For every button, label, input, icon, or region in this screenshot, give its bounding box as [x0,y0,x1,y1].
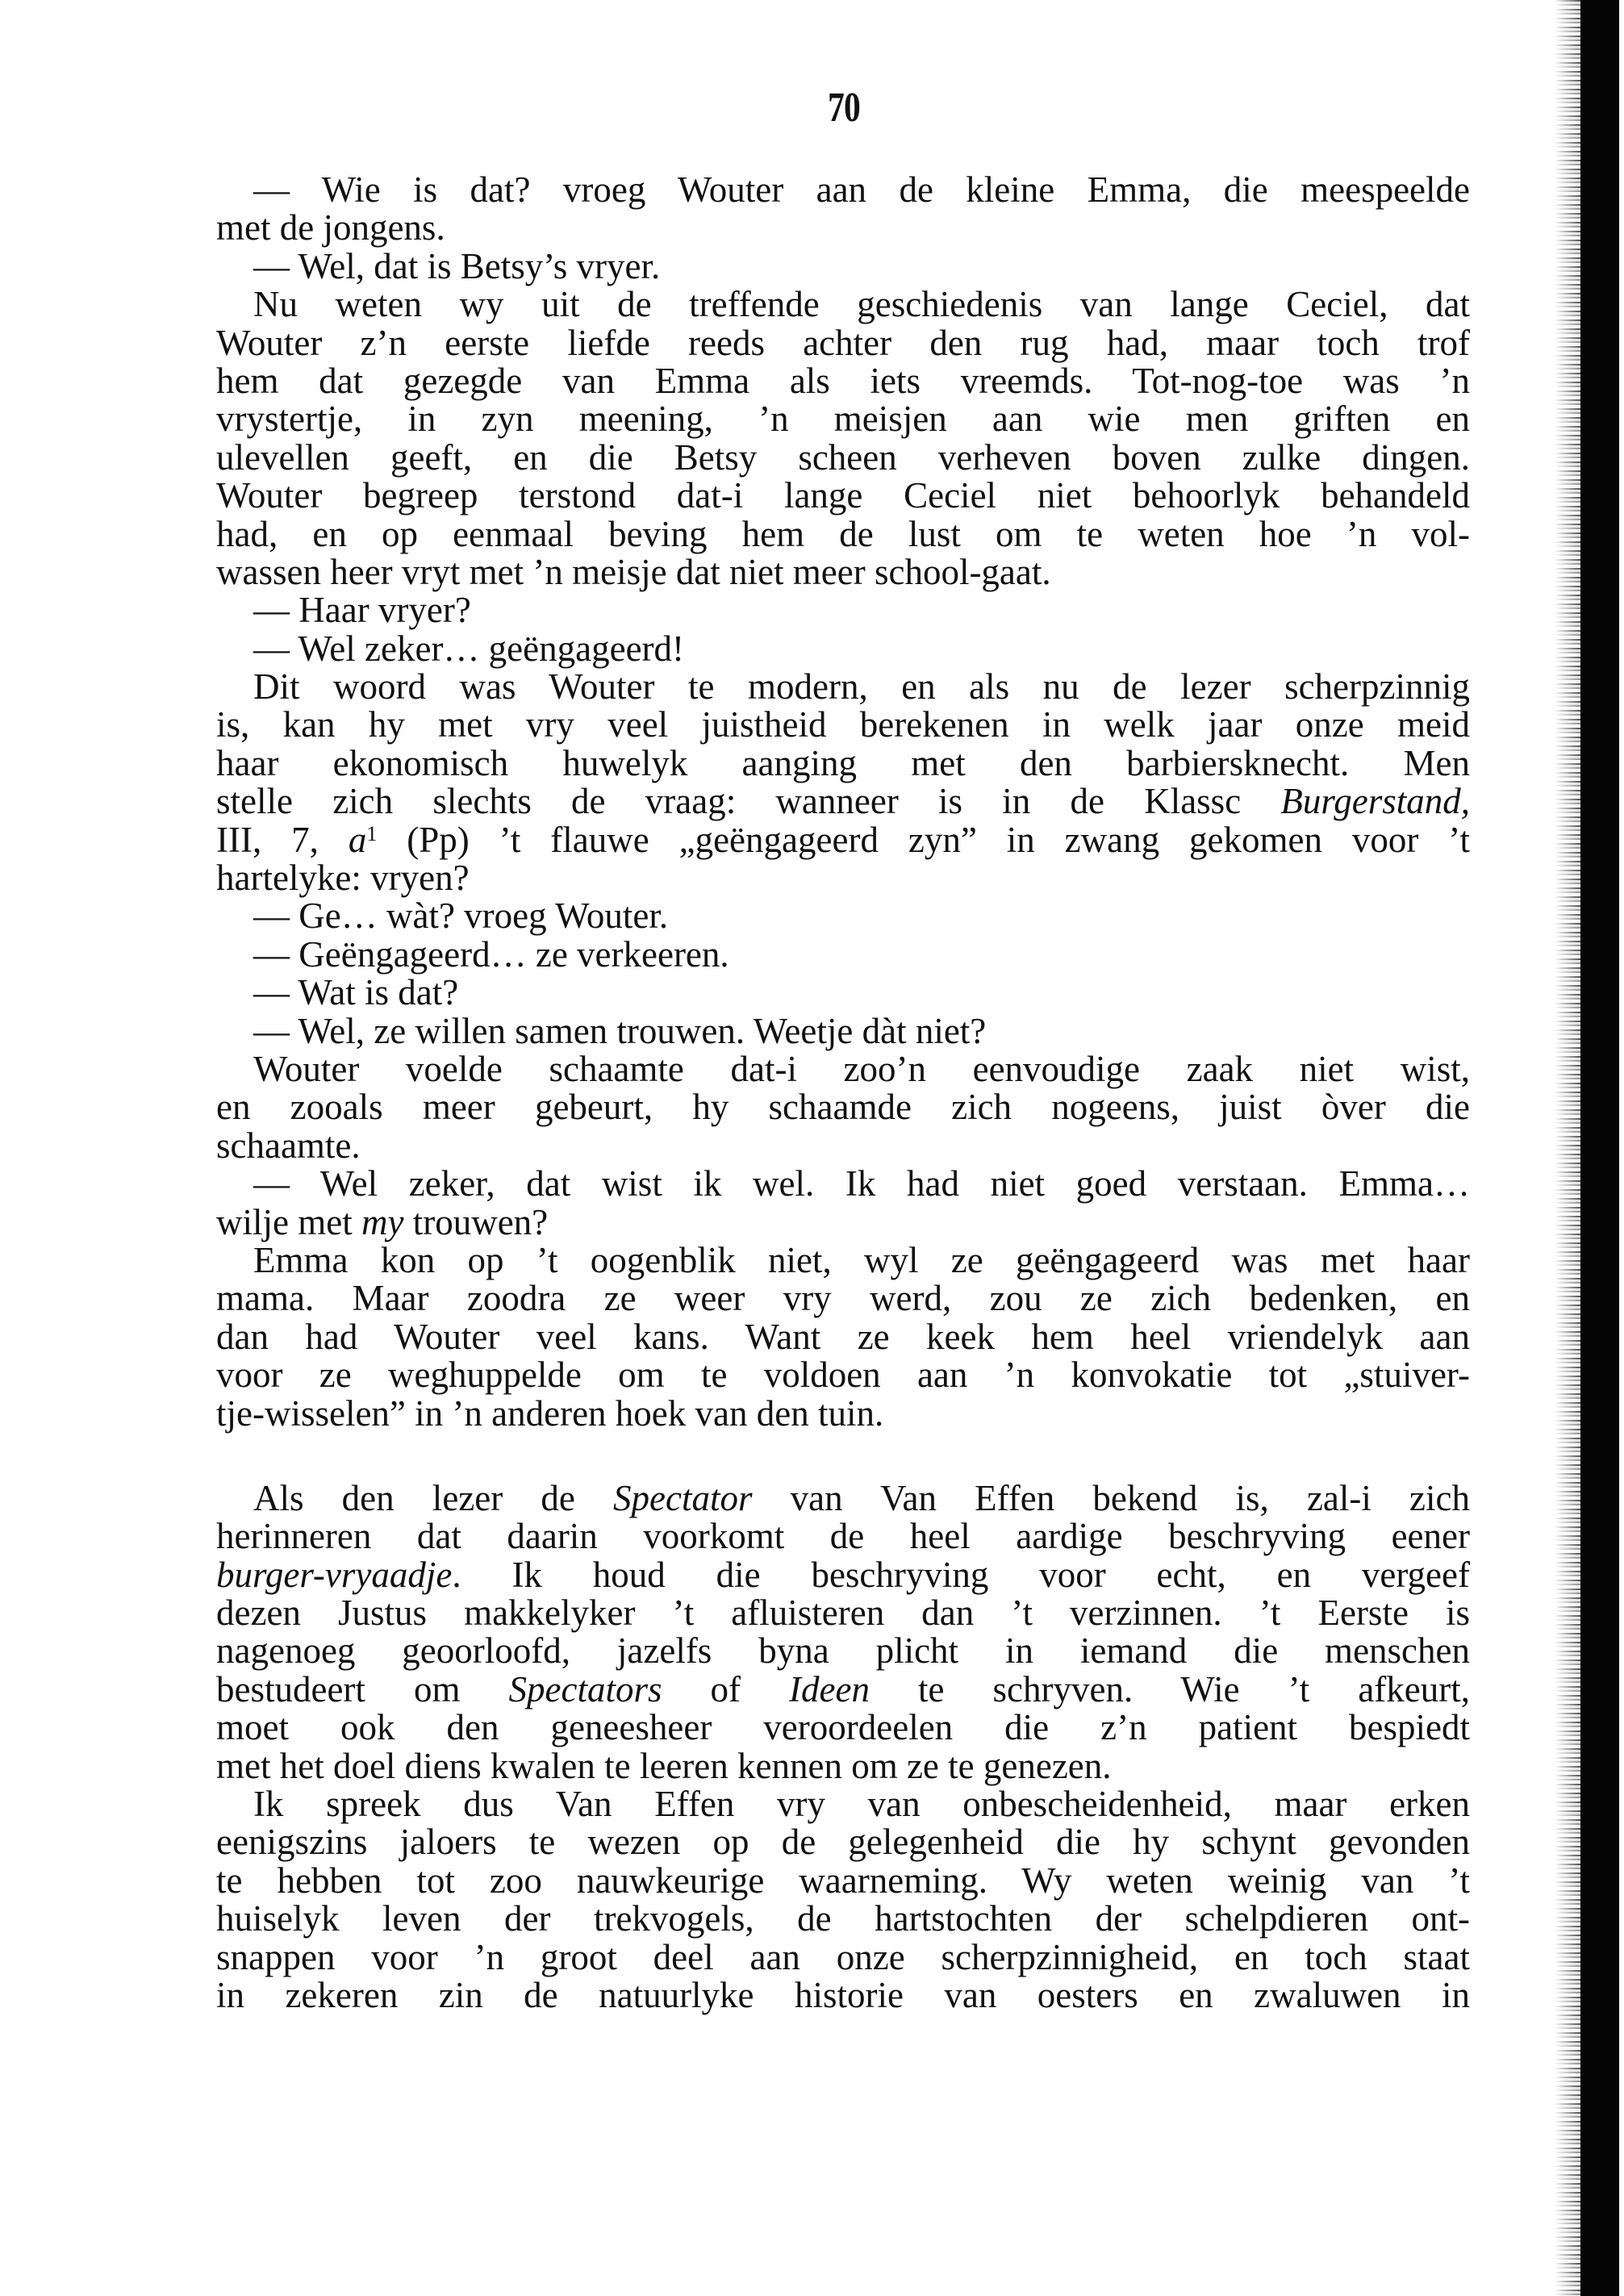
paragraph-first-line: Emma kon op ’t oogenblik niet, wyl ze ge… [216,1242,1470,1279]
text-run: . Ik houd die beschryving voor echt, en … [452,1555,1470,1595]
paragraph-first-line: Als den lezer de Spectator van Van Effen… [216,1480,1470,1517]
text-line: dan had Wouter veel kans. Want ze keek h… [216,1318,1470,1356]
text-line: Wouter begreep terstond dat-i lange Ceci… [216,477,1470,515]
dialogue-line: — Wel, ze willen samen trouwen. Weetje d… [216,1012,1470,1050]
text-line: snappen voor ’n groot deel aan onze sche… [216,1939,1470,1977]
dialogue-line: — Wel, dat is Betsy’s vryer. [216,248,1470,286]
text-run: te schryven. Wie ’t afkeurt, [870,1669,1470,1709]
text-line: nagenoeg geoorloofd, jazelfs byna plicht… [216,1632,1470,1670]
text-line: huiselyk leven der trekvogels, de hartst… [216,1900,1470,1938]
text-line: mama. Maar zoodra ze weer vry werd, zou … [216,1279,1470,1317]
text-run: stelle zich slechts de vraag: wanneer is… [216,781,1280,821]
book-page: 70 — Wie is dat? vroeg Wouter aan de kle… [0,0,1624,2296]
text-line: had, en op eenmaal beving hem de lust om… [216,516,1470,553]
text-line: burger-vryaadje. Ik houd die beschryving… [216,1556,1470,1594]
text-run: Als den lezer de [253,1478,613,1518]
italic-term: Ideen [789,1669,870,1709]
paragraph-first-line: Ik spreek dus Van Effen vry van onbesche… [216,1785,1470,1823]
text-line: is, kan hy met vry veel juistheid bereke… [216,706,1470,744]
italic-term: Spectator [613,1478,752,1518]
text-line: bestudeert om Spectators of Ideen te sch… [216,1671,1470,1709]
text-line: te hebben tot zoo nauwkeurige waarneming… [216,1862,1470,1900]
text-line: tje-wisselen” in ’n anderen hoek van den… [216,1395,1470,1433]
text-line: III, 7, a1 (Pp) ’t flauwe „geëngageerd z… [216,821,1470,859]
body-text: — Wie is dat? vroeg Wouter aan de kleine… [216,171,1470,2014]
italic-term: my [361,1202,403,1242]
italic-term: burger-vryaadje [216,1555,452,1595]
paragraph-first-line: Dit woord was Wouter te modern, en als n… [216,668,1470,706]
text-line: hartelyke: vryen? [216,859,1470,897]
text-line: eenigszins jaloers te wezen op de gelege… [216,1823,1470,1861]
text-line: wilje met my trouwen? [216,1204,1470,1242]
dialogue-line: — Wat is dat? [216,974,1470,1012]
superscript: 1 [366,822,377,845]
text-line: met de jongens. [216,209,1470,247]
dialogue-line: — Wel zeker… geëngageerd! [216,630,1470,668]
text-line: stelle zich slechts de vraag: wanneer is… [216,783,1470,820]
text-line: wassen heer vryt met ’n meisje dat niet … [216,553,1470,591]
text-line: hem dat gezegde van Emma als iets vreemd… [216,362,1470,400]
text-run: III, 7, [216,820,349,860]
dialogue-line: — Wel zeker, dat wist ik wel. Ik had nie… [216,1165,1470,1203]
text-line: haar ekonomisch huwelyk aanging met den … [216,745,1470,783]
text-line: Wouter z’n eerste liefde reeds achter de… [216,324,1470,362]
paragraph-first-line: Nu weten wy uit de treffende geschiedeni… [216,286,1470,324]
italic-term: a [349,820,367,860]
text-run: (Pp) ’t flauwe „geëngageerd zyn” in zwan… [377,820,1470,860]
text-run: of [662,1669,789,1709]
text-run: van Van Effen bekend is, zal-i zich [753,1478,1471,1518]
italic-term: Spectators [509,1669,662,1709]
text-line: moet ook den geneesheer veroordeelen die… [216,1709,1470,1747]
text-line: vrystertje, in zyn meening, ’n meisjen a… [216,400,1470,438]
section-break [216,1433,1470,1480]
text-run: bestudeert om [216,1669,509,1709]
text-line: dezen Justus makkelyker ’t afluisteren d… [216,1594,1470,1632]
paragraph-first-line: Wouter voelde schaamte dat-i zoo’n eenvo… [216,1050,1470,1088]
text-line: herinneren dat daarin voorkomt de heel a… [216,1517,1470,1555]
text-run: wilje met [216,1202,361,1242]
dialogue-line: — Wie is dat? vroeg Wouter aan de kleine… [216,171,1470,209]
text-line: ulevellen geeft, en die Betsy scheen ver… [216,439,1470,477]
text-line: en zooals meer gebeurt, hy schaamde zich… [216,1088,1470,1126]
dialogue-line: — Geëngageerd… ze verkeeren. [216,936,1470,974]
text-line: met het doel diens kwalen te leeren kenn… [216,1747,1470,1785]
text-run: trouwen? [403,1202,548,1242]
dialogue-line: — Haar vryer? [216,591,1470,629]
text-line: voor ze weghuppelde om te voldoen aan ’n… [216,1356,1470,1394]
text-line: schaamte. [216,1127,1470,1165]
page-number: 70 [812,87,876,129]
italic-term: Burgerstand, [1280,781,1470,821]
binding-shadow [1580,0,1619,2296]
dialogue-line: — Ge… wàt? vroeg Wouter. [216,897,1470,935]
text-line: in zekeren zin de natuurlyke historie va… [216,1977,1470,2014]
